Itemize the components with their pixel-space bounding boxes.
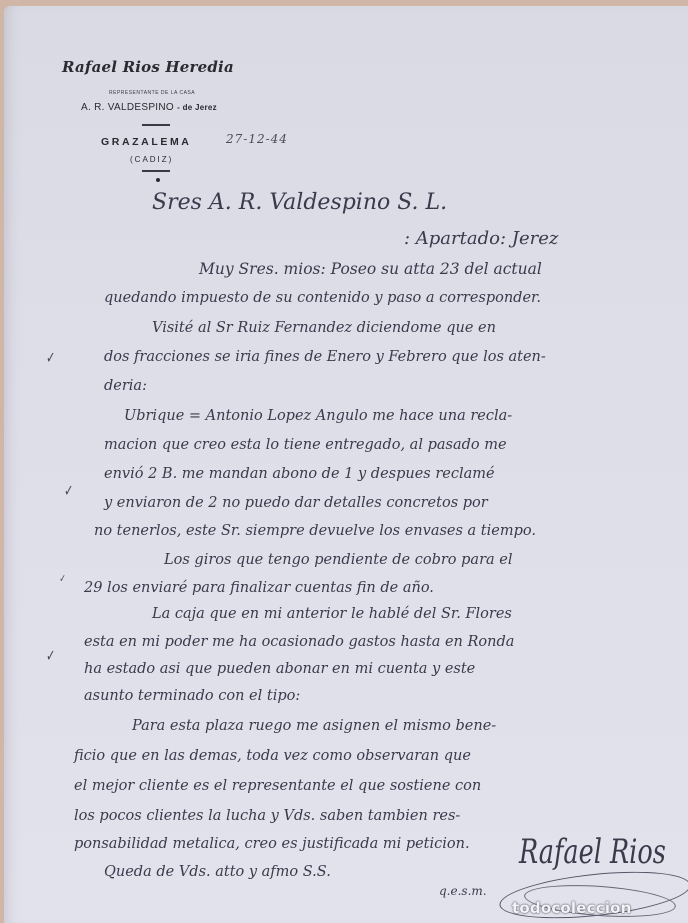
body-line: deria: <box>104 378 147 394</box>
margin-check-icon: ✓ <box>46 646 55 665</box>
body-line: macion que creo esta lo tiene entregado,… <box>104 437 507 453</box>
margin-check-icon: ✓ <box>46 348 55 367</box>
letterhead-house-suffix: - de Jerez <box>177 103 217 112</box>
body-line: el mejor cliente es el representante el … <box>74 778 481 794</box>
margin-check-icon: ✓ <box>59 572 65 585</box>
body-line: 29 los enviaré para finalizar cuentas fi… <box>84 580 434 596</box>
body-line: La caja que en mi anterior le hablé del … <box>152 606 512 622</box>
watermark: todocoleccion <box>512 899 632 917</box>
letter-date: 27-12-44 <box>226 132 288 146</box>
letterhead-house: A. R. VALDESPINO - de Jerez <box>81 102 217 113</box>
letterhead-province: (CADIZ) <box>130 155 173 164</box>
body-line: Ubrique = Antonio Lopez Angulo me hace u… <box>124 408 512 424</box>
closing-abbreviation: q.e.s.m. <box>439 884 487 898</box>
body-line: envió 2 B. me mandan abono de 1 y despue… <box>104 466 495 482</box>
signature: Rafael Rios <box>519 832 666 872</box>
body-line: Muy Sres. mios: Poseo su atta 23 del act… <box>199 260 542 278</box>
addressee-line: Sres A. R. Valdespino S. L. <box>152 190 447 215</box>
margin-check-icon: ✓ <box>64 481 73 500</box>
body-line: Para esta plaza ruego me asignen el mism… <box>132 718 496 734</box>
closing-line: Queda de Vds. atto y afmo S.S. <box>104 864 331 880</box>
letterhead-divider <box>142 170 170 172</box>
body-line: los pocos clientes la lucha y Vds. saben… <box>74 808 460 824</box>
body-line: ficio que en las demas, toda vez como ob… <box>74 748 471 764</box>
body-line: no tenerlos, este Sr. siempre devuelve l… <box>94 523 536 539</box>
letterhead-city: GRAZALEMA <box>101 136 191 148</box>
body-line: asunto terminado con el tipo: <box>84 688 300 704</box>
letterhead-representative-label: Representante de la casa <box>109 90 195 96</box>
body-line: y enviaron de 2 no puedo dar detalles co… <box>104 495 488 511</box>
body-line: Los giros que tengo pendiente de cobro p… <box>164 552 512 568</box>
body-line: Visité al Sr Ruiz Fernandez diciendome q… <box>152 320 496 336</box>
body-line: ha estado asi que pueden abonar en mi cu… <box>84 661 475 677</box>
body-line: ponsabilidad metalica, creo es justifica… <box>74 836 470 852</box>
letter-page: Rafael Rios Heredia Representante de la … <box>4 6 688 923</box>
body-line: esta en mi poder me ha ocasionado gastos… <box>84 634 514 650</box>
body-line: dos fracciones se iria fines de Enero y … <box>104 349 546 365</box>
letterhead-dot <box>156 178 160 182</box>
letterhead-divider <box>142 124 170 126</box>
letterhead-house-name: A. R. VALDESPINO <box>81 102 174 113</box>
letterhead-name: Rafael Rios Heredia <box>62 58 262 76</box>
addressee-address: : Apartado: Jerez <box>404 228 558 249</box>
body-line: quedando impuesto de su contenido y paso… <box>104 290 541 306</box>
